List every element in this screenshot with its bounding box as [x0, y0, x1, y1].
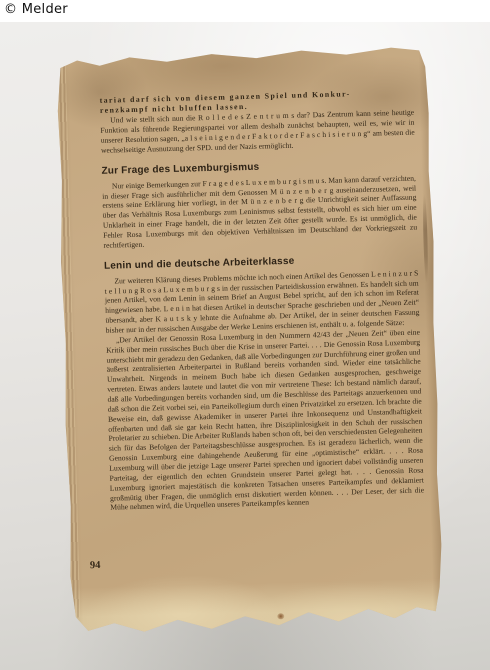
- photo-backdrop: tariat darf sich von diesem ganzen Spiel…: [0, 22, 490, 670]
- paragraph-luxemburgismus: Nur einige Bemerkungen zur F r a g e d e…: [102, 173, 418, 250]
- page-text-block: tariat darf sich von diesem ganzen Spiel…: [100, 88, 425, 513]
- page-stack-edge-texture: [57, 59, 81, 618]
- credit-bar: © Melder: [0, 0, 490, 22]
- paragraph-lenin: Zur weiteren Klärung dieses Problems möc…: [104, 268, 419, 335]
- page-number: 94: [90, 560, 101, 571]
- paragraph-zentrum: Und wie stellt sich nun die R o l l e d …: [100, 108, 415, 156]
- paragraph-lenin-quote: „Der Artikel der Genossin Rosa Luxemburg…: [106, 327, 425, 513]
- booklet-page: tariat darf sich von diesem ganzen Spiel…: [54, 43, 443, 635]
- photo-credit: © Melder: [4, 2, 68, 17]
- paper-fold-mark: [422, 193, 428, 283]
- paper-stain: [277, 613, 284, 619]
